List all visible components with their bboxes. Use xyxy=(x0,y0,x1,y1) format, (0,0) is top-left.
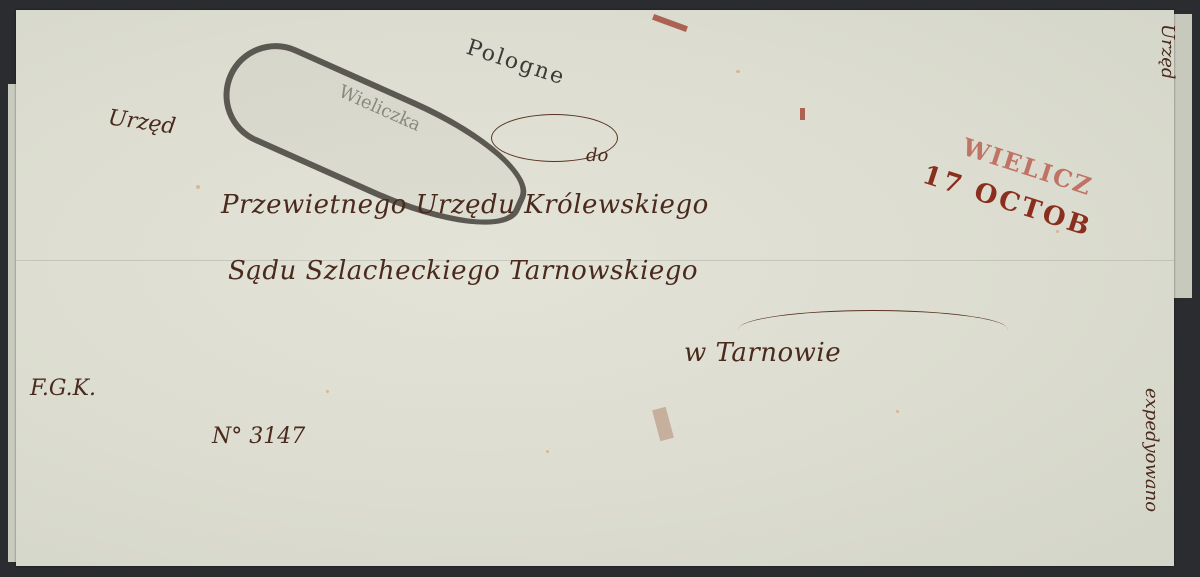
address-line-3: w Tarnowie xyxy=(684,338,841,368)
red-ink-mark xyxy=(800,108,805,120)
document-number: N° 3147 xyxy=(212,424,305,449)
address-line-2: Sądu Szlacheckiego Tarnowskiego xyxy=(228,256,698,286)
paper-speck xyxy=(546,450,549,453)
address-line-1: Przewietnego Urzędu Królewskiego xyxy=(221,190,709,220)
red-ink-mark xyxy=(652,14,688,32)
do-mark: do xyxy=(586,145,608,166)
pologne-transit-mark: Pologne xyxy=(463,35,568,91)
reference-annotation: F.G.K. xyxy=(30,376,96,401)
paper-speck xyxy=(736,70,740,73)
paper-speck xyxy=(896,410,899,413)
rate-mark xyxy=(652,407,674,442)
urzad-annotation: Urzęd xyxy=(107,105,178,139)
edge-annotation-top: Urzęd xyxy=(1157,24,1178,79)
paper-speck xyxy=(326,390,329,393)
letter-cover: Wieliczka Pologne do WIELICZ 17 OCTOB Ur… xyxy=(16,10,1174,566)
paper-speck xyxy=(196,185,200,189)
edge-annotation-bottom: expedyowano xyxy=(1141,388,1162,512)
